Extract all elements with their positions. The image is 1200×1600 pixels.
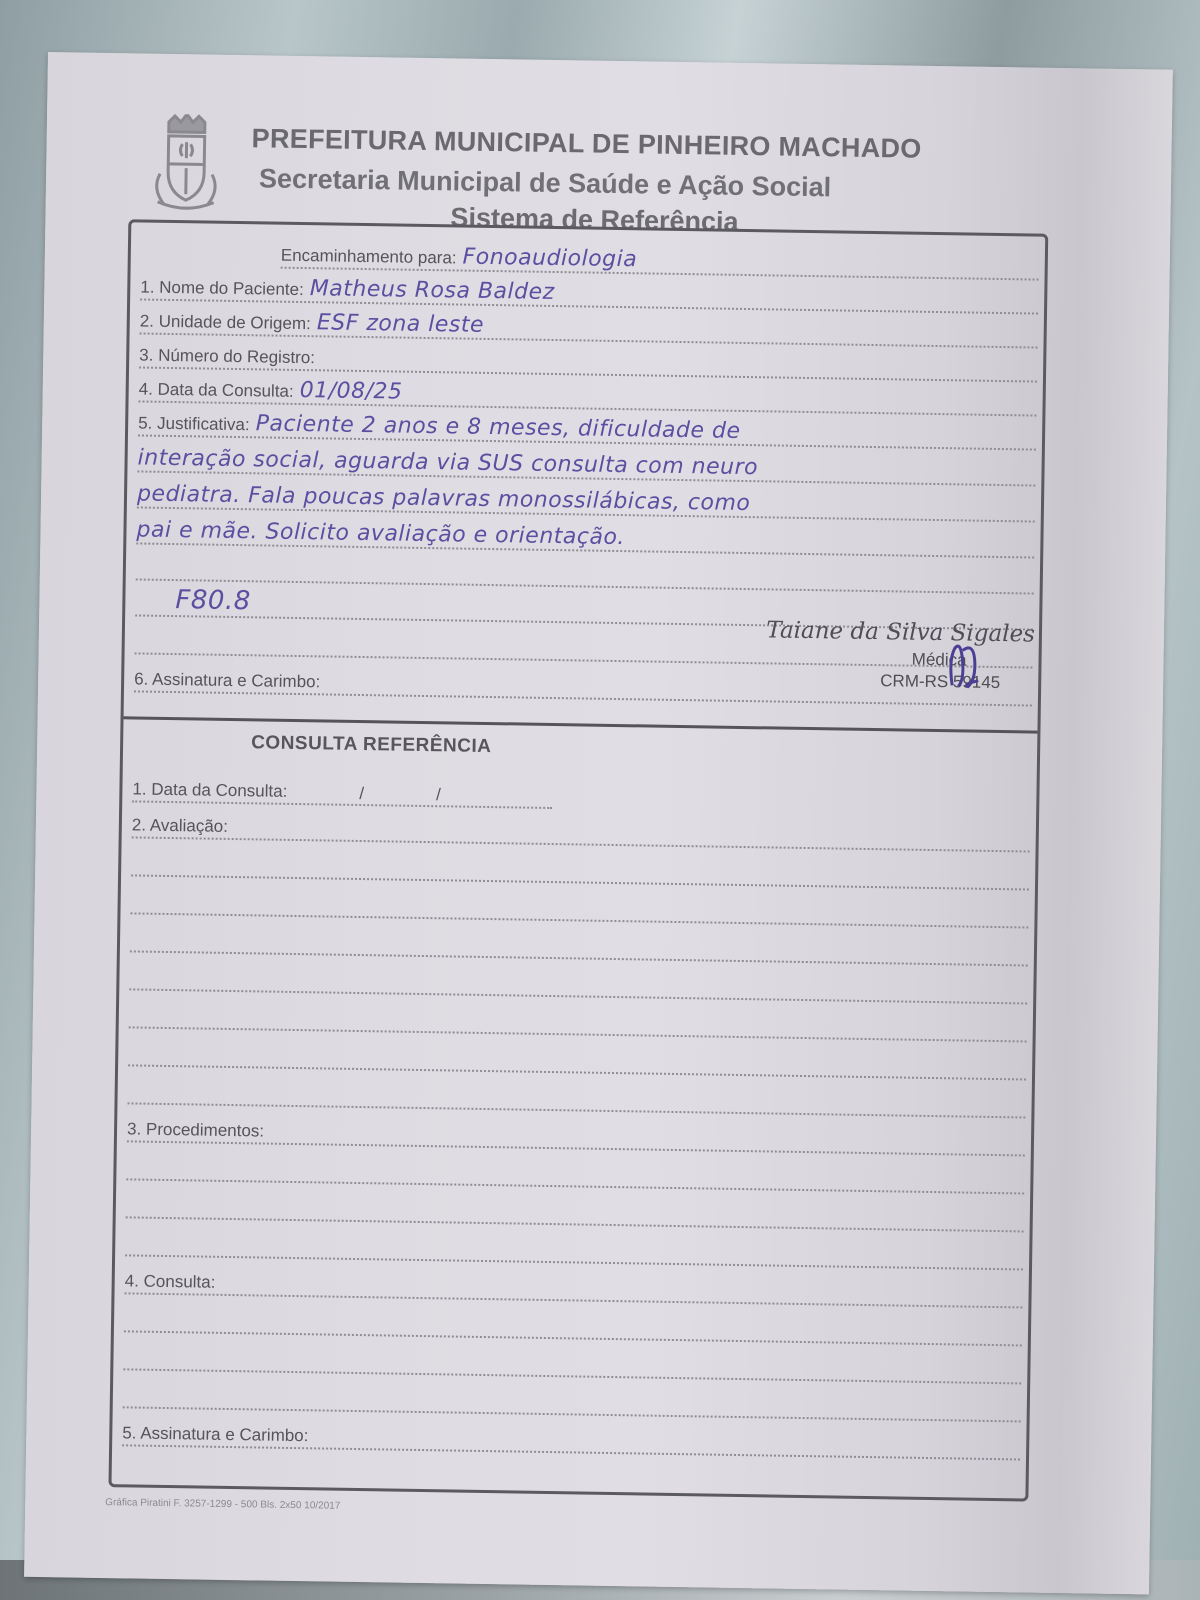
field-label: 2. Unidade de Origem:: [140, 311, 311, 335]
field-avaliacao[interactable]: 2. Avaliação:: [132, 814, 1030, 852]
field-label: 5. Assinatura e Carimbo:: [122, 1423, 308, 1447]
signature-scribble-icon: [944, 640, 985, 691]
procedimentos-line[interactable]: [126, 1194, 1024, 1232]
procedimentos-line[interactable]: [126, 1156, 1024, 1194]
field-value-handwritten: Matheus Rosa Baldez: [310, 276, 555, 305]
section-title-consulta-referencia: CONSULTA REFERÊNCIA: [251, 732, 492, 758]
justification-line[interactable]: [136, 556, 1034, 594]
field-encaminhamento[interactable]: Encaminhamento para: Fonoaudiologia: [281, 245, 1039, 281]
field-label: 1. Nome do Paciente:: [140, 277, 304, 301]
field-procedimentos[interactable]: 3. Procedimentos:: [127, 1118, 1025, 1156]
avaliacao-line[interactable]: [129, 1004, 1027, 1042]
field-registry-number[interactable]: 3. Número do Registro:: [139, 344, 1037, 382]
field-label: 6. Assinatura e Carimbo:: [134, 669, 320, 693]
field-label: 3. Número do Registro:: [139, 345, 315, 369]
field-label: 3. Procedimentos:: [127, 1119, 264, 1142]
field-value-handwritten: Fonoaudiologia: [462, 245, 637, 273]
doctor-name: Taiane da Silva Sigales: [766, 617, 1035, 647]
field-label: Encaminhamento para:: [281, 246, 457, 270]
justification-line[interactable]: interação social, aguarda via SUS consul…: [137, 448, 1035, 486]
field-value-handwritten: 01/08/25: [300, 378, 403, 405]
field-value-handwritten: ESF zona leste: [317, 310, 485, 338]
justification-text: pai e mãe. Solicito avaliação e orientaç…: [136, 517, 625, 550]
coat-of-arms-icon: [145, 114, 227, 215]
consulta-line[interactable]: [123, 1346, 1021, 1384]
consulta-line[interactable]: [124, 1308, 1022, 1346]
field-consulta[interactable]: 4. Consulta:: [124, 1270, 1022, 1308]
department-title: Secretaria Municipal de Saúde e Ação Soc…: [259, 163, 832, 203]
avaliacao-line[interactable]: [130, 890, 1028, 928]
justification-text: interação social, aguarda via SUS consul…: [137, 445, 758, 480]
justification-text: pediatra. Fala poucas palavras monossilá…: [137, 481, 751, 516]
date-separator: /: [359, 784, 364, 804]
avaliacao-line[interactable]: [128, 1042, 1026, 1080]
avaliacao-line[interactable]: [127, 1080, 1025, 1118]
field-label: 5. Justificativa:: [138, 413, 250, 436]
form-box: Encaminhamento para: Fonoaudiologia 1. N…: [108, 219, 1048, 1501]
avaliacao-line[interactable]: [131, 852, 1029, 890]
printer-footer: Gráfica Piratini F. 3257-1299 - 500 Bls.…: [105, 1497, 340, 1512]
referral-form-paper: PREFEITURA MUNICIPAL DE PINHEIRO MACHADO…: [24, 52, 1173, 1594]
field-label: 4. Data da Consulta:: [139, 379, 294, 402]
consulta-line[interactable]: [123, 1384, 1021, 1422]
field-origin-unit[interactable]: 2. Unidade de Origem: ESF zona leste: [140, 310, 1038, 348]
field-justification[interactable]: 5. Justificativa: Paciente 2 anos e 8 me…: [138, 412, 1036, 450]
avaliacao-line[interactable]: [129, 966, 1027, 1004]
field-patient-name[interactable]: 1. Nome do Paciente: Matheus Rosa Baldez: [140, 276, 1038, 314]
field-label: 1. Data da Consulta:: [132, 779, 287, 802]
field-label: 4. Consulta:: [125, 1271, 216, 1293]
date-separator: /: [436, 785, 441, 805]
procedimentos-line[interactable]: [125, 1232, 1023, 1270]
doctor-stamp: Taiane da Silva Sigales Médica CRM-RS 59…: [744, 617, 1045, 712]
field-value-handwritten: Paciente 2 anos e 8 meses, dificuldade d…: [255, 411, 740, 444]
municipality-title: PREFEITURA MUNICIPAL DE PINHEIRO MACHADO: [251, 123, 921, 165]
avaliacao-line[interactable]: [130, 928, 1028, 966]
field-reference-signature[interactable]: 5. Assinatura e Carimbo:: [122, 1422, 1020, 1460]
field-label: 2. Avaliação:: [132, 815, 228, 838]
section-divider: [124, 716, 1038, 733]
field-reference-date[interactable]: 1. Data da Consulta: / /: [132, 778, 552, 809]
justification-line[interactable]: pediatra. Fala poucas palavras monossilá…: [137, 484, 1035, 522]
justification-line[interactable]: pai e mãe. Solicito avaliação e orientaç…: [136, 520, 1034, 558]
cid-code: F80.8: [175, 585, 251, 616]
